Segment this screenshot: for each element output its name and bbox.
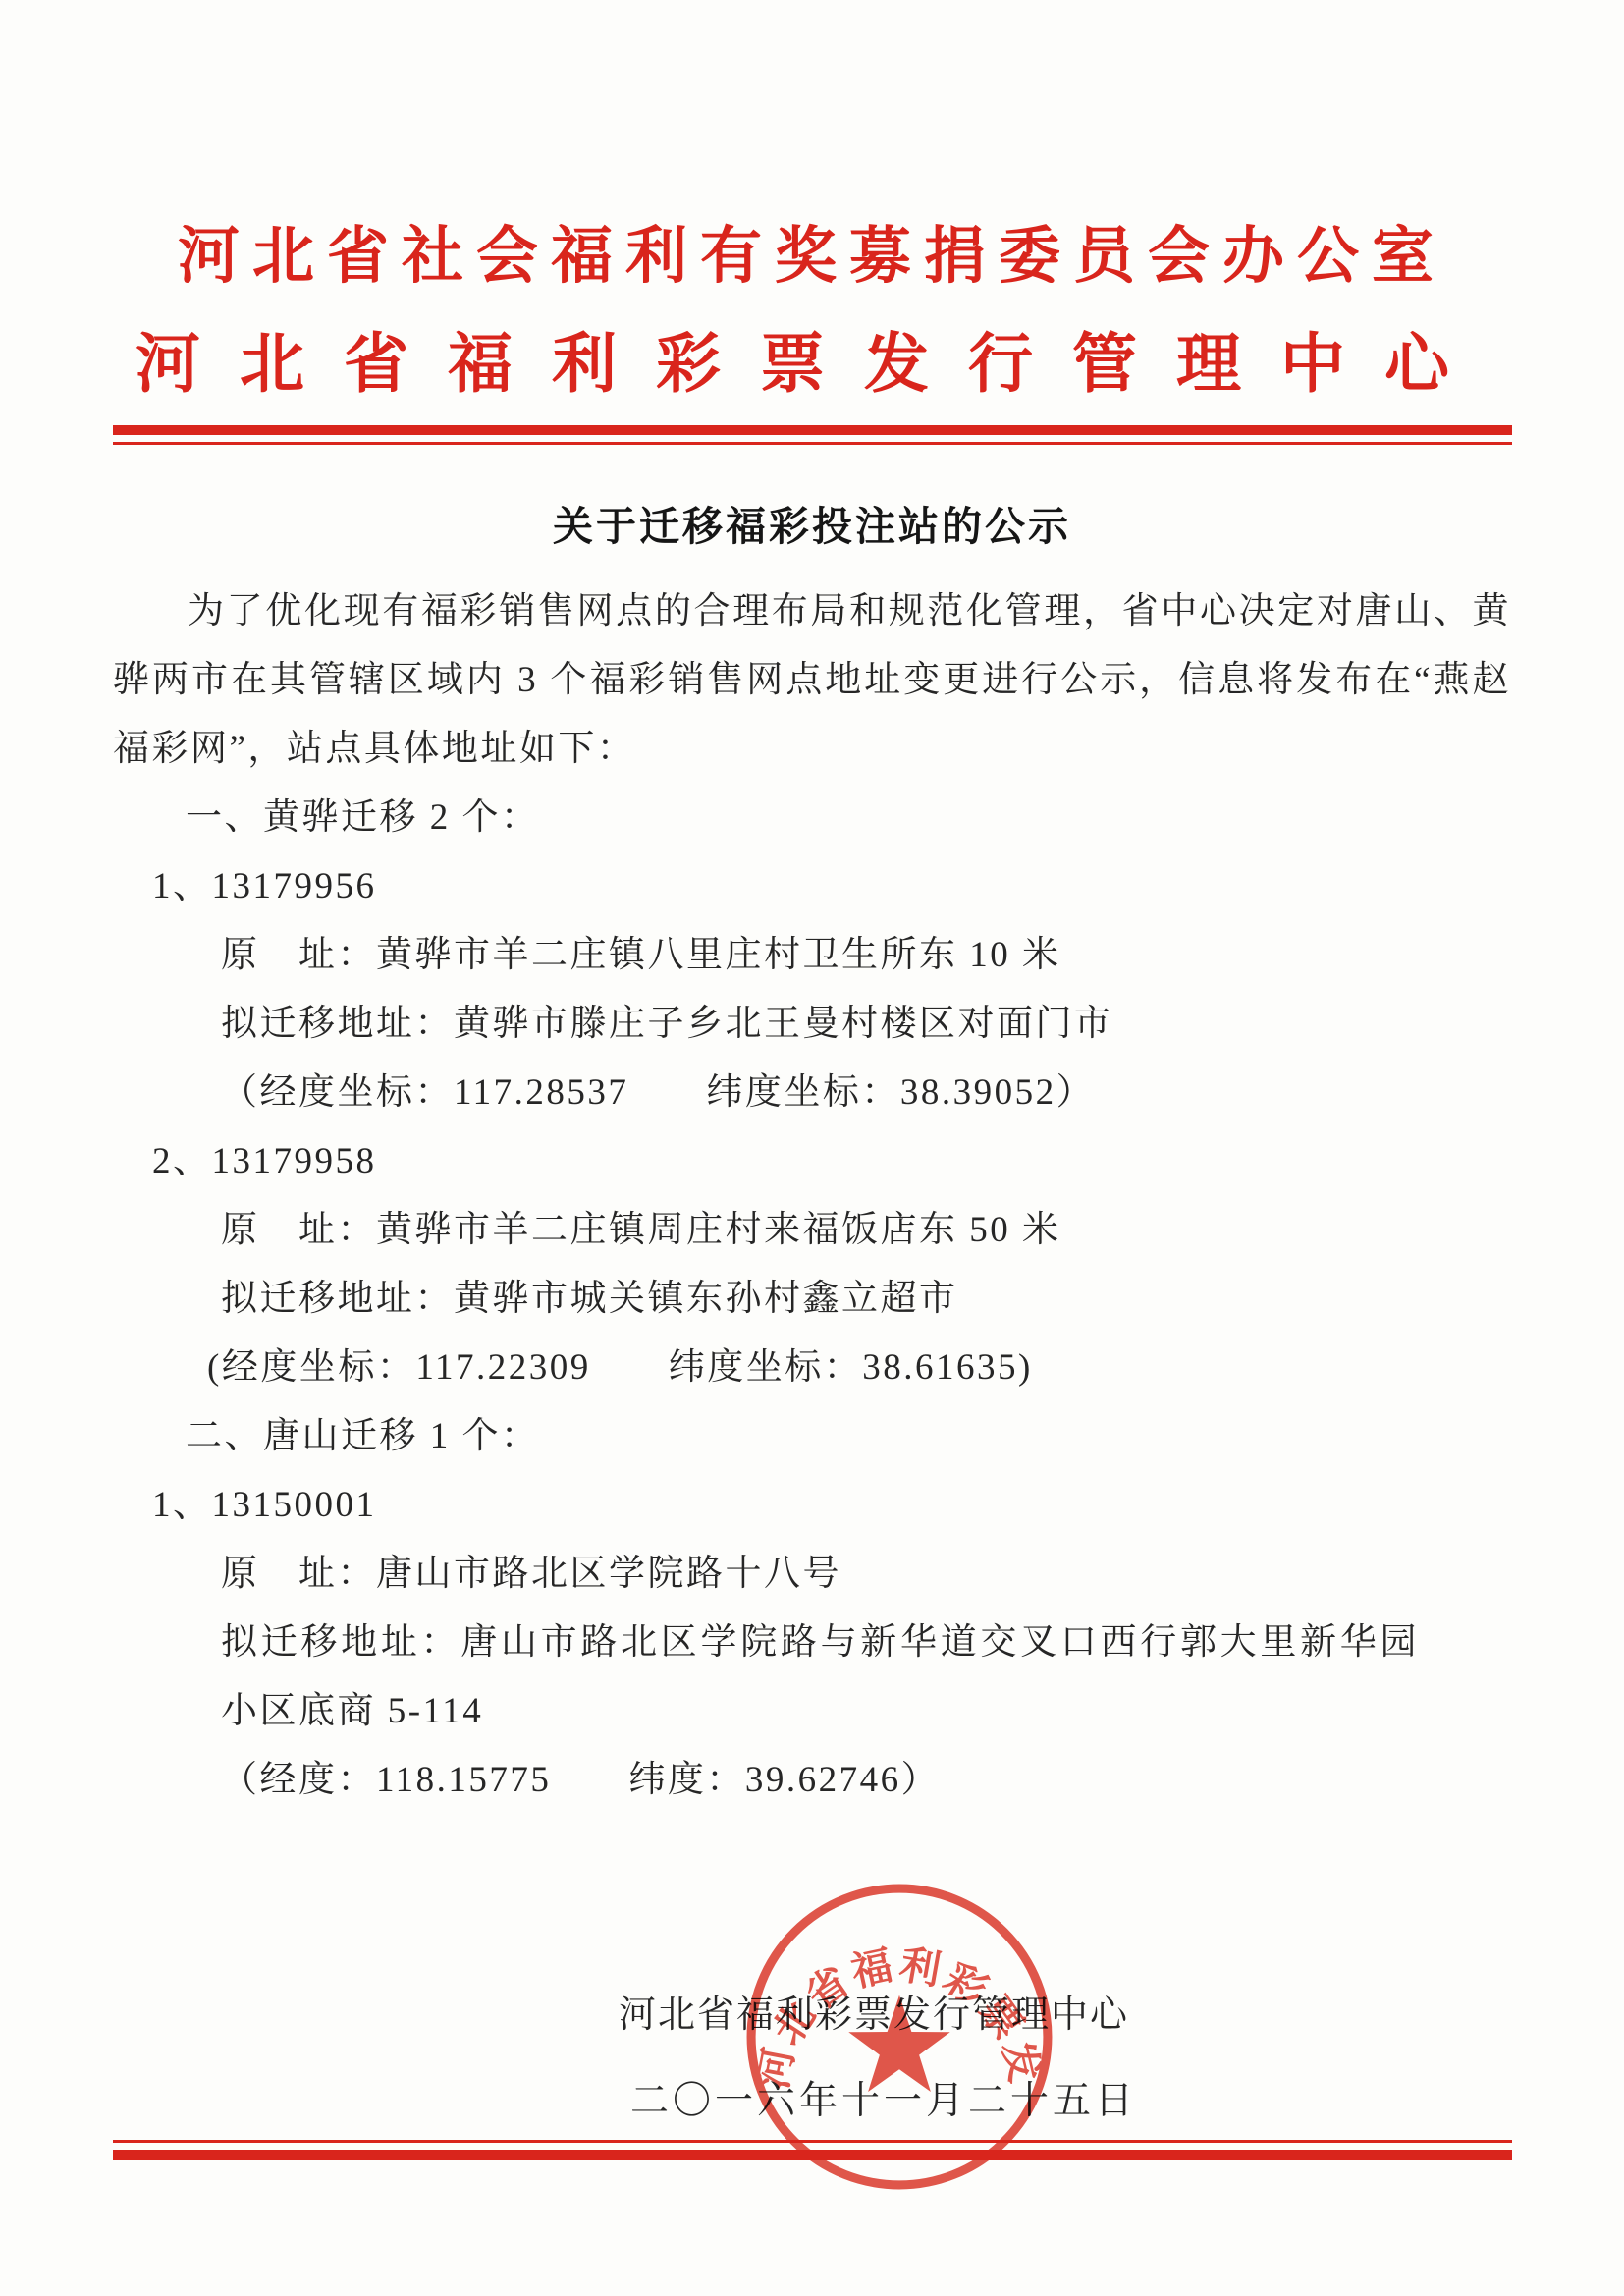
letterhead-org-line2: 河北省福利彩票发行管理中心 xyxy=(0,311,1624,405)
station-original-address: 原 址：黄骅市羊二庄镇八里庄村卫生所东 10 米 xyxy=(113,921,1511,990)
station-number: 1、13179956 xyxy=(113,852,1511,921)
document-body: 为了优化现有福彩销售网点的合理布局和规范化管理，省中心决定对唐山、黄骅两市在其管… xyxy=(113,577,1511,1815)
star-icon xyxy=(848,1995,949,2092)
intro-paragraph: 为了优化现有福彩销售网点的合理布局和规范化管理，省中心决定对唐山、黄骅两市在其管… xyxy=(113,577,1511,784)
footer-rule-thin xyxy=(113,2140,1512,2143)
station-new-address: 拟迁移地址：黄骅市城关镇东孙村鑫立超市 xyxy=(113,1265,1511,1334)
footer-rule-thick xyxy=(113,2150,1512,2160)
station-coordinates: （经度坐标：117.28537 纬度坐标：38.39052） xyxy=(113,1059,1511,1127)
station-new-address: 拟迁移地址：唐山市路北区学院路与新华道交叉口西行郭大里新华园小区底商 5-114 xyxy=(113,1609,1419,1746)
station-coordinates: (经度坐标：117.22309 纬度坐标：38.61635) xyxy=(113,1334,1511,1402)
section-heading-tangshan: 二、唐山迁移 1 个： xyxy=(113,1402,1511,1471)
station-new-address: 拟迁移地址：黄骅市滕庄子乡北王曼村楼区对面门市 xyxy=(113,990,1511,1059)
document-page: 河北省社会福利有奖募捐委员会办公室 河北省福利彩票发行管理中心 关于迁移福彩投注… xyxy=(0,0,1624,2296)
station-original-address: 原 址：黄骅市羊二庄镇周庄村来福饭店东 50 米 xyxy=(113,1196,1511,1265)
station-original-address: 原 址：唐山市路北区学院路十八号 xyxy=(113,1540,1511,1609)
station-number: 1、13150001 xyxy=(113,1471,1511,1540)
station-number: 2、13179958 xyxy=(113,1127,1511,1196)
official-seal: 河北省福利彩票发行管理中心 xyxy=(741,1879,1057,2195)
letterhead: 河北省社会福利有奖募捐委员会办公室 河北省福利彩票发行管理中心 xyxy=(0,206,1624,405)
station-coordinates: （经度：118.15775 纬度：39.62746） xyxy=(113,1746,1511,1815)
letterhead-org-line1: 河北省社会福利有奖募捐委员会办公室 xyxy=(0,206,1624,296)
letterhead-rule-thick xyxy=(113,425,1512,435)
document-title: 关于迁移福彩投注站的公示 xyxy=(0,494,1624,552)
section-heading-huanghua: 一、黄骅迁移 2 个： xyxy=(113,784,1511,852)
letterhead-rule-thin xyxy=(113,442,1512,445)
